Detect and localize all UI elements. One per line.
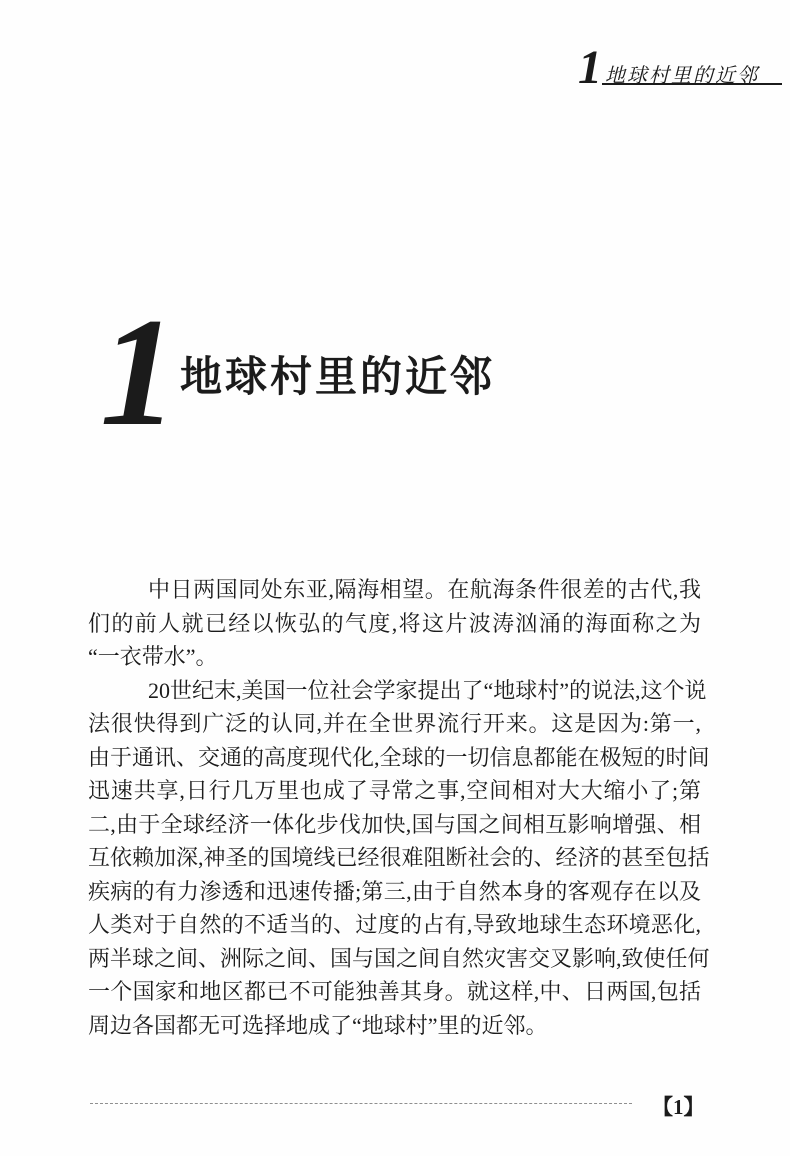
running-header-chapter-number: 1 xyxy=(578,46,602,90)
text-line: 一个国家和地区都已不可能独善其身。就这样,中、日两国,包括 xyxy=(88,975,701,1009)
text-line: 迅速共享,日行几万里也成了寻常之事,空间相对大大缩小了;第 xyxy=(88,774,701,808)
chapter-number: 1 xyxy=(100,295,178,450)
body-text: 中日两国同处东亚,隔海相望。在航海条件很差的古代,我们的前人就已经以恢弘的气度,… xyxy=(88,573,701,1042)
text-line: 人类对于自然的不适当的、过度的占有,导致地球生态环境恶化, xyxy=(88,908,701,942)
page-number: 【1】 xyxy=(652,1094,705,1120)
text-line: 互依赖加深,神圣的国境线已经很难阻断社会的、经济的甚至包括 xyxy=(88,841,701,875)
footer-rule xyxy=(90,1103,632,1104)
text-line: 20世纪末,美国一位社会学家提出了“地球村”的说法,这个说 xyxy=(88,674,701,708)
running-header-rule xyxy=(602,83,782,85)
book-page: 1 地球村里的近邻 1 地球村里的近邻 中日两国同处东亚,隔海相望。在航海条件很… xyxy=(0,0,790,1156)
text-line: 疾病的有力渗透和迅速传播;第三,由于自然本身的客观存在以及 xyxy=(88,875,701,909)
running-header-title: 地球村里的近邻 xyxy=(602,64,759,90)
text-line: 二,由于全球经济一体化步伐加快,国与国之间相互影响增强、相 xyxy=(88,808,701,842)
text-line: 法很快得到广泛的认同,并在全世界流行开来。这是因为:第一, xyxy=(88,707,701,741)
chapter-title: 地球村里的近邻 xyxy=(180,356,495,398)
text-line: 由于通讯、交通的高度现代化,全球的一切信息都能在极短的时间 xyxy=(88,741,701,775)
text-line: 两半球之间、洲际之间、国与国之间自然灾害交叉影响,致使任何 xyxy=(88,942,701,976)
text-line: 们的前人就已经以恢弘的气度,将这片波涛汹涌的海面称之为 xyxy=(88,607,701,641)
text-line: 周边各国都无可选择地成了“地球村”里的近邻。 xyxy=(88,1009,701,1043)
text-line: “一衣带水”。 xyxy=(88,640,701,674)
text-line: 中日两国同处东亚,隔海相望。在航海条件很差的古代,我 xyxy=(88,573,701,607)
